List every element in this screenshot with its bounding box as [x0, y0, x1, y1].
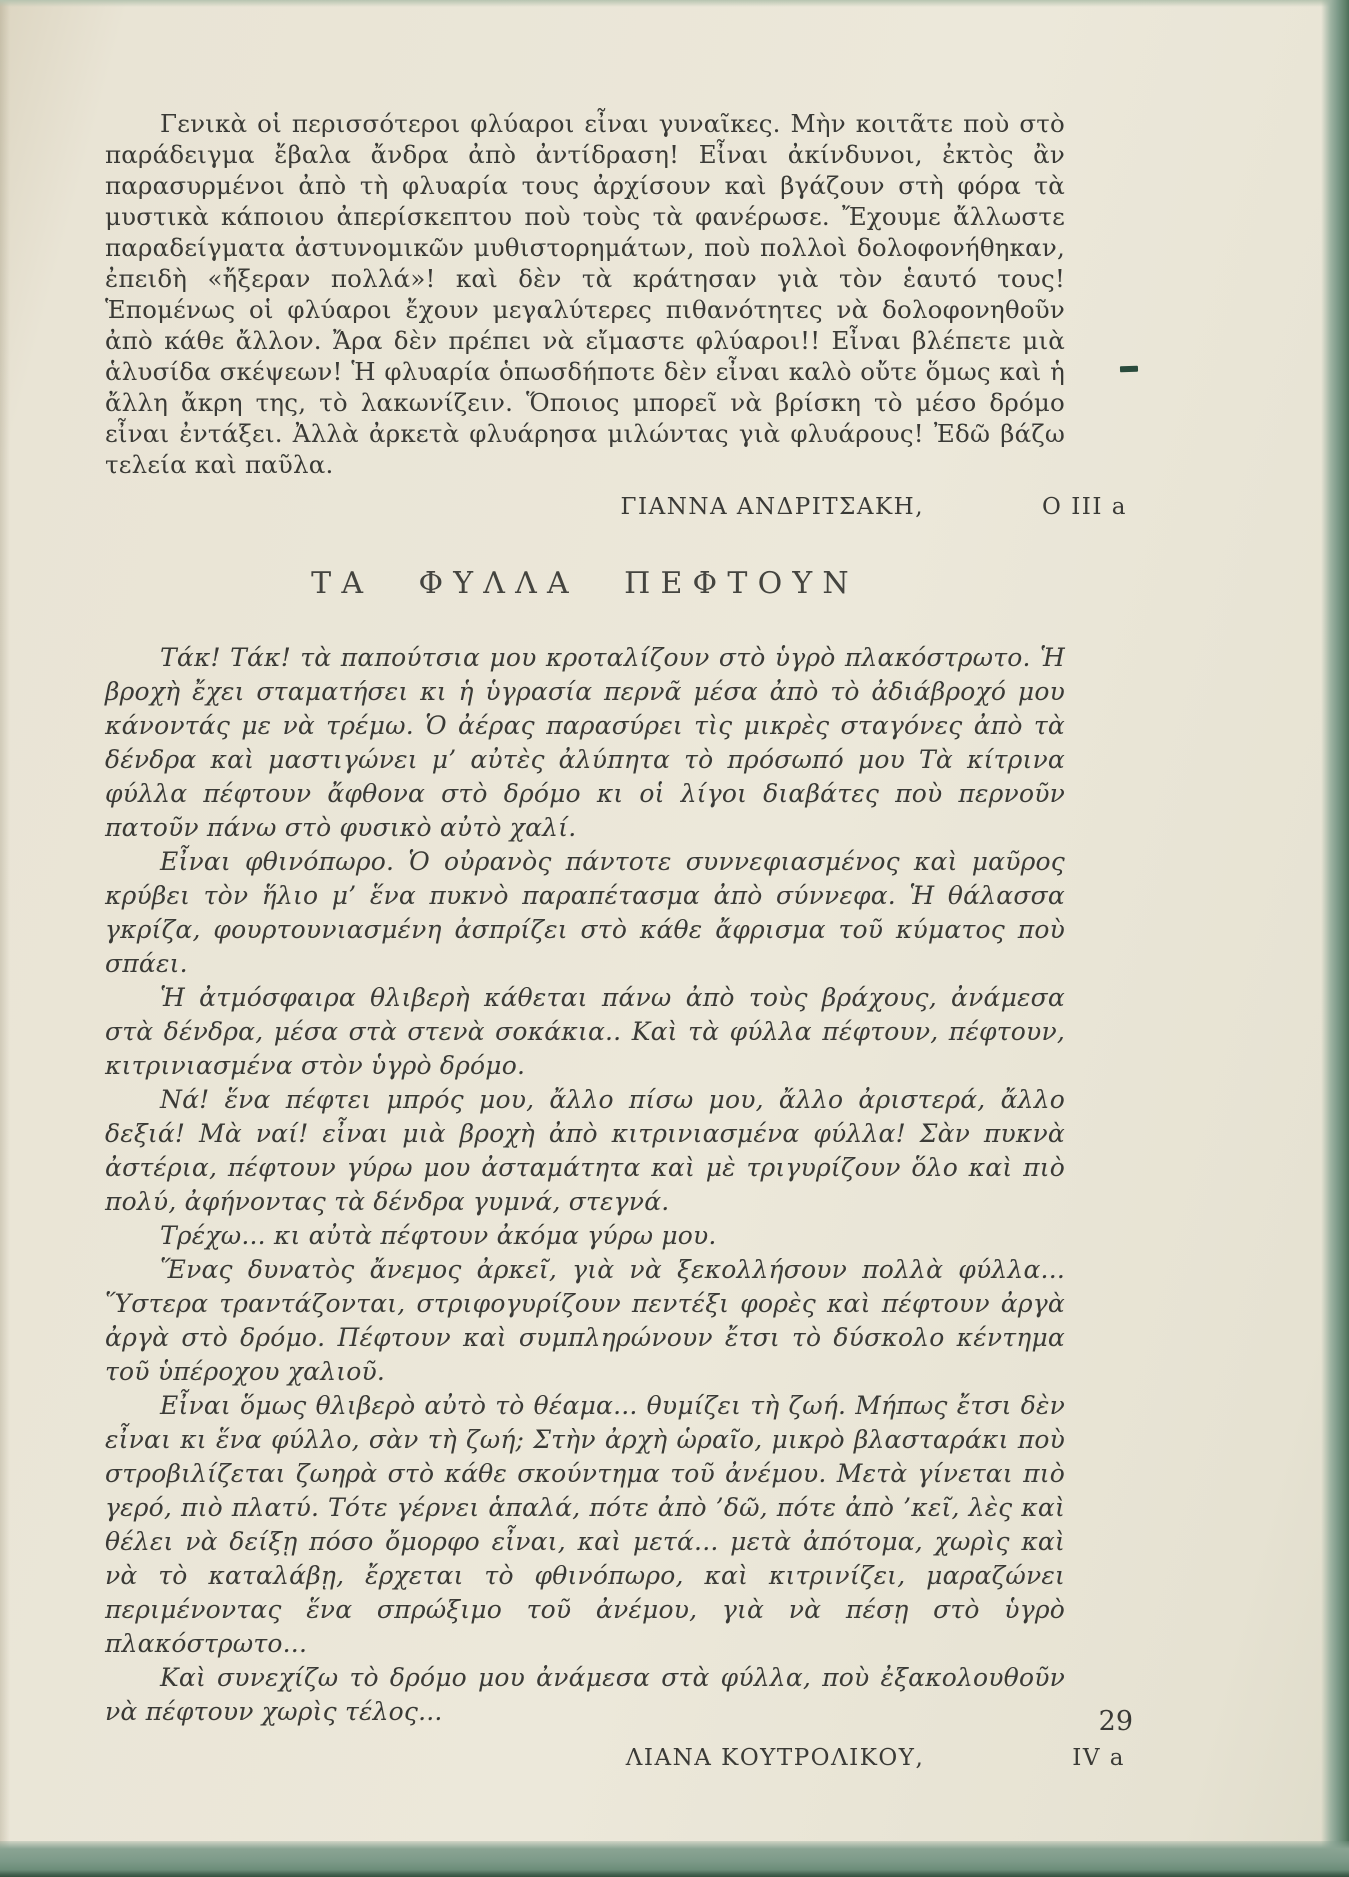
story-paragraph: Νά! ἕνα πέφτει μπρός μου, ἄλλο πίσω μου,…	[105, 1083, 1065, 1219]
chatter-article-author: ΓΙΑΝΝΑ ΑΝΔΡΙΤΣΑΚΗ,	[621, 494, 925, 520]
story-paragraph: Ἡ ἀτμόσφαιρα θλιβερὴ κάθεται πάνω ἀπὸ το…	[105, 981, 1065, 1083]
story-title: ΤΑ ΦΥΛΛΑ ΠΕΦΤΟΥΝ	[105, 566, 1065, 601]
scanned-book-page: Γενικὰ οἱ περισσότεροι φλύαροι εἶναι γυν…	[0, 0, 1349, 1877]
story-paragraph: Τάκ! Τάκ! τὰ παπούτσια μου κροταλίζουν σ…	[105, 641, 1065, 845]
page-number: 29	[1099, 1706, 1133, 1737]
page-edge-right	[1321, 0, 1349, 1877]
story-author: ΛΙΑΝΑ ΚΟΥΤΡΟΛΙΚΟΥ,	[626, 1745, 924, 1771]
story-paragraph: Καὶ συνεχίζω τὸ δρόμο μου ἀνάμεσα στὰ φύ…	[105, 1661, 1065, 1729]
story-byline: ΛΙΑΝΑ ΚΟΥΤΡΟΛΙΚΟΥ, IV a	[105, 1745, 1065, 1771]
page-content: Γενικὰ οἱ περισσότεροι φλύαροι εἶναι γυν…	[105, 108, 1065, 1771]
chatter-article-class-label: Ο III a	[1042, 494, 1127, 520]
ink-smudge-mark	[1120, 366, 1138, 373]
story-paragraph: Ἕνας δυνατὸς ἄνεμος ἀρκεῖ, γιὰ νὰ ξεκολλ…	[105, 1253, 1065, 1389]
left-scan-shadow	[0, 0, 10, 1877]
story-class-label: IV a	[1072, 1745, 1125, 1771]
page-edge-top	[0, 0, 1349, 7]
chatter-article-byline: ΓΙΑΝΝΑ ΑΝΔΡΙΤΣΑΚΗ, Ο III a	[105, 494, 1065, 520]
page-edge-bottom	[0, 1841, 1349, 1877]
story-paragraph: Εἶναι ὅμως θλιβερὸ αὐτὸ τὸ θέαμα... θυμί…	[105, 1389, 1065, 1661]
chatter-article-closing-paragraph: Γενικὰ οἱ περισσότεροι φλύαροι εἶναι γυν…	[105, 108, 1065, 480]
story-paragraph: Εἶναι φθινόπωρο. Ὁ οὐρανὸς πάντοτε συννε…	[105, 845, 1065, 981]
story-paragraph: Τρέχω... κι αὐτὰ πέφτουν ἀκόμα γύρω μου.	[105, 1219, 1065, 1253]
